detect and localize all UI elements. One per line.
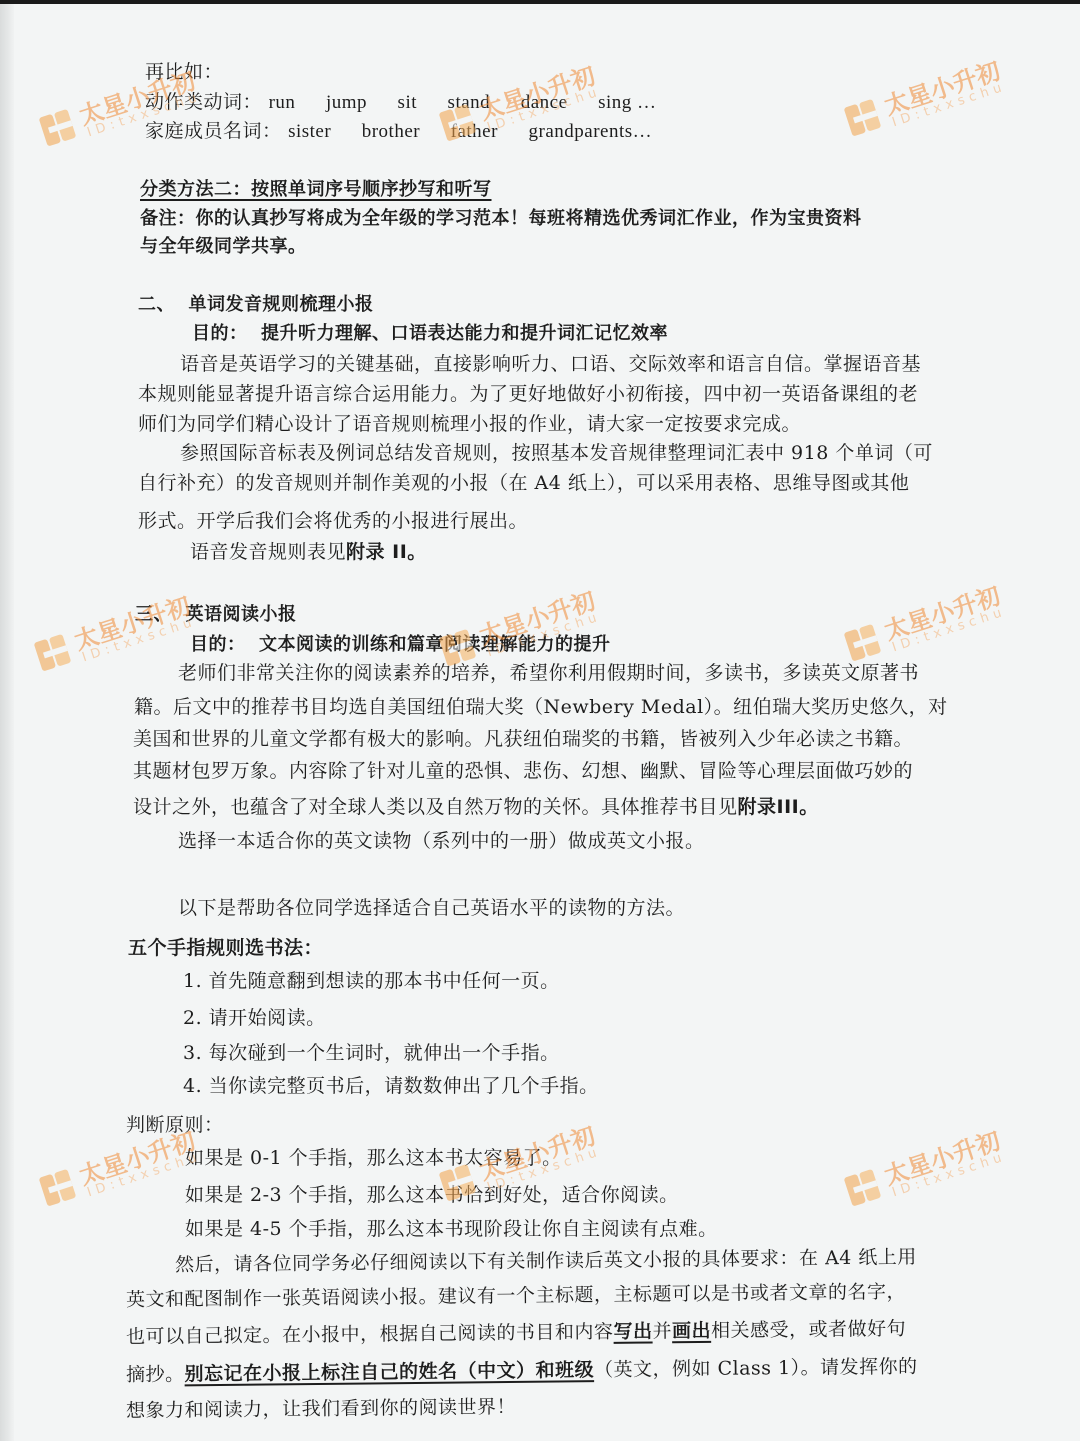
verb-word: sit	[398, 92, 417, 113]
family-word: grandparents…	[529, 121, 653, 142]
watermark: 太星小升初 ID:txxschu	[841, 32, 1069, 157]
name-class-emphasis: 别忘记在小报上标注自己的姓名（中文）和班级	[184, 1359, 594, 1385]
family-label: 家庭成员名词：	[145, 120, 282, 142]
section-three-paragraph: 设计之外，也蕴含了对全球人类以及自然万物的关怀。具体推荐书目见附录III。	[133, 792, 819, 819]
section-three-paragraph: 籍。后文中的推荐书目均选自美国纽伯瑞大奖（Newbery Medal）。纽伯瑞大…	[134, 692, 948, 719]
section-two-paragraph: 形式。开学后我们会将优秀的小报进行展出。	[138, 506, 528, 533]
watermark-logo-icon	[39, 108, 81, 147]
appendix-ref: 附录 II。	[346, 541, 427, 563]
method-two-note-cont: 与全年级同学共享。	[140, 232, 307, 258]
section-three-choose: 选择一本适合你的英文读物（系列中的一册）做成英文小报。	[178, 826, 705, 853]
requirements-paragraph: 英文和配图制作一张英语阅读小报。建议有一个主标题，主标题可以是书或者文章的名字，	[126, 1277, 906, 1312]
draw-out-emphasis: 画出	[672, 1320, 711, 1342]
family-word: sister	[288, 121, 331, 142]
judgement-item: 如果是 0-1 个手指，那么这本书太容易了。	[185, 1143, 562, 1170]
family-word: father	[451, 121, 498, 142]
requirements-paragraph: 摘抄。别忘记在小报上标注自己的姓名（中文）和班级（英文，例如 Class 1）。…	[126, 1352, 918, 1387]
watermark: 太星小升初 ID:txxschu	[841, 1102, 1069, 1227]
step-item: 1. 首先随意翻到想读的那本书中任何一页。	[183, 966, 560, 993]
section-two-purpose: 目的： 提升听力理解、口语表达能力和提升词汇记忆效率	[192, 319, 668, 345]
step-item: 4. 当你读完整页书后，请数数伸出了几个手指。	[183, 1071, 599, 1098]
appendix-ref: 附录III。	[738, 796, 819, 818]
requirements-paragraph: 然后，请各位同学务必仔细阅读以下有关制作读后英文小报的具体要求：在 A4 纸上用	[175, 1242, 917, 1277]
section-three-method-intro: 以下是帮助各位同学选择适合自己英语水平的读物的方法。	[178, 893, 685, 920]
section-three-paragraph: 美国和世界的儿童文学都有极大的影响。凡获纽伯瑞奖的书籍，皆被列入少年必读之书籍。	[133, 724, 913, 751]
section-two-paragraph: 本规则能显著提升语言综合运用能力。为了更好地做好小初衔接，四中初一英语备课组的老	[138, 379, 918, 406]
document-page: 再比如： 动作类动词： run jump sit stand dance sin…	[0, 0, 1080, 1441]
section-three-purpose: 目的： 文本阅读的训练和篇章阅读理解能力的提升	[190, 630, 611, 656]
verb-word: stand	[448, 92, 491, 113]
section-two-paragraph: 自行补充）的发音规则并制作美观的小报（在 A4 纸上），可以采用表格、思维导图或…	[138, 468, 909, 495]
section-two-heading: 二、 单词发音规则梳理小报	[138, 290, 374, 316]
section-two-appendix: 语音发音规则表见附录 II。	[190, 537, 427, 564]
watermark-logo-icon	[844, 623, 886, 662]
section-two-paragraph: 语音是英语学习的关键基础，直接影响听力、口语、交际效率和语言自信。掌握语音基	[180, 349, 921, 376]
judgement-title: 判断原则：	[126, 1110, 224, 1137]
section-two-paragraph: 参照国际音标表及例词总结发音规则，按照基本发音规律整理词汇表中 918 个单词（…	[180, 438, 933, 465]
examples-intro: 再比如：	[145, 57, 223, 84]
verbs-row: 动作类动词： run jump sit stand dance sing …	[145, 87, 657, 114]
step-item: 3. 每次碰到一个生词时，就伸出一个手指。	[183, 1038, 560, 1065]
requirements-paragraph: 也可以自己拟定。在小报中，根据自己阅读的书目和内容写出并画出相关感受，或者做好句	[126, 1314, 906, 1349]
watermark-logo-icon	[844, 98, 886, 137]
section-three-heading: 三、 英语阅读小报	[135, 600, 297, 626]
judgement-item: 如果是 2-3 个手指，那么这本书恰到好处，适合你阅读。	[185, 1180, 679, 1207]
step-item: 2. 请开始阅读。	[183, 1003, 326, 1030]
requirements-paragraph: 想象力和阅读力，让我们看到你的阅读世界！	[126, 1392, 516, 1423]
family-word: brother	[362, 121, 420, 142]
write-out-emphasis: 写出	[613, 1320, 652, 1342]
verb-word: jump	[326, 92, 367, 113]
method-two-note: 备注：你的认真抄写将成为全年级的学习范本！每班将精选优秀词汇作业，作为宝贵资料	[140, 204, 862, 230]
watermark-logo-icon	[34, 633, 76, 672]
judgement-item: 如果是 4-5 个手指，那么这本书现阶段让你自主阅读有点难。	[185, 1214, 718, 1241]
verb-word: run	[269, 92, 296, 113]
family-row: 家庭成员名词： sister brother father grandparen…	[145, 116, 652, 143]
watermark-logo-icon	[39, 1168, 81, 1207]
verb-word: dance	[521, 92, 568, 113]
section-three-paragraph: 老师们非常关注你的阅读素养的培养，希望你利用假期时间，多读书，多读英文原著书	[178, 658, 919, 685]
section-two-paragraph: 师们为同学们精心设计了语音规则梳理小报的作业，请大家一定按要求完成。	[138, 409, 801, 436]
method-two-title: 分类方法二：按照单词序号顺序抄写和听写	[140, 175, 492, 201]
section-three-paragraph: 其题材包罗万象。内容除了针对儿童的恐惧、悲伤、幻想、幽默、冒险等心理层面做巧妙的	[133, 756, 913, 783]
verbs-label: 动作类动词：	[145, 91, 262, 113]
watermark-logo-icon	[844, 1168, 886, 1207]
verb-word: sing …	[598, 92, 656, 113]
five-finger-title: 五个手指规则选书法：	[128, 933, 323, 960]
